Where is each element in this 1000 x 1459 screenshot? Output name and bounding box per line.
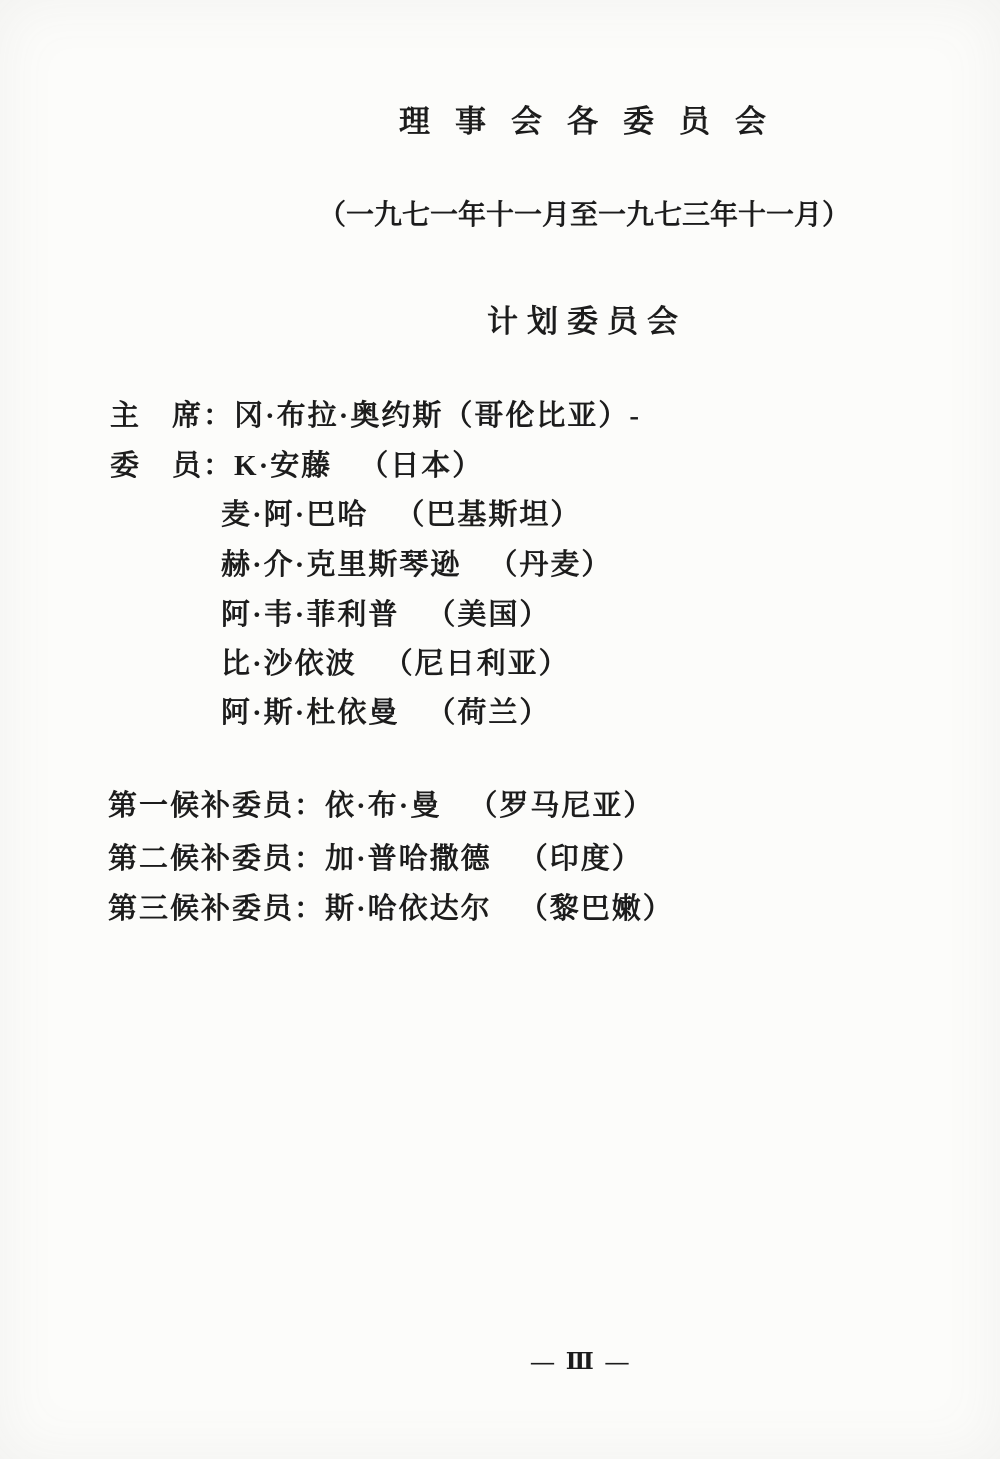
member-line: 委 员：K·安藤（日本） [110,443,483,484]
alternate-country: （罗马尼亚） [468,790,654,822]
member-country: （巴基斯坦） [395,499,581,531]
alternate-name: 依·布·曼 [325,790,441,822]
alternate-label: 第二候补委员： [108,843,325,875]
date-range-subtitle: （一九七一年十一月至一九七三年十一月） [318,193,850,233]
member-name: 比·沙依波 [221,648,357,680]
alternate-label: 第三候补委员： [108,893,325,925]
chairman-line: 主 席：冈·布拉·奥约斯（哥伦比亚）- [110,393,641,434]
member-line: 麦·阿·巴哈（巴基斯坦） [221,492,581,533]
alternate-country: （黎巴嫩） [519,893,674,925]
member-line: 比·沙依波（尼日利亚） [221,641,570,682]
alternate-label: 第一候补委员： [108,790,325,822]
alternate-country: （印度） [519,843,643,875]
member-line: 阿·斯·杜依曼（荷兰） [221,690,550,731]
member-country: （荷兰） [426,697,550,729]
chairman-country: （哥伦比亚） [443,400,629,432]
member-name: K·安藤 [234,450,332,482]
member-name: 赫·介·克里斯琴逊 [221,549,461,581]
member-name: 阿·韦·菲利普 [221,599,399,631]
member-name: 阿·斯·杜依曼 [221,697,399,729]
member-name: 麦·阿·巴哈 [221,499,368,531]
member-country: （尼日利亚） [384,648,570,680]
alternate-member-line: 第二候补委员：加·普哈撒德（印度） [108,836,643,877]
member-country: （丹麦） [488,549,612,581]
member-line: 赫·介·克里斯琴逊（丹麦） [221,542,612,583]
chairman-trailing-mark: - [629,400,641,432]
alternate-member-line: 第一候补委员：依·布·曼（罗马尼亚） [108,783,654,824]
member-country: （美国） [426,599,550,631]
chairman-label: 主 席： [110,400,234,432]
page-number: — Ⅲ — [531,1348,632,1375]
members-label: 委 员： [110,450,234,482]
alternate-member-line: 第三候补委员：斯·哈依达尔（黎巴嫩） [108,886,674,927]
page-title: 理事会各委员会 [399,96,791,141]
section-heading-planning-committee: 计划委员会 [487,296,687,341]
member-line: 阿·韦·菲利普（美国） [221,592,550,633]
document-page: 理事会各委员会 （一九七一年十一月至一九七三年十一月） 计划委员会 主 席：冈·… [0,0,1000,1459]
member-country: （日本） [359,450,483,482]
chairman-name: 冈·布拉·奥约斯 [234,400,443,432]
alternate-name: 加·普哈撒德 [325,843,492,875]
alternate-name: 斯·哈依达尔 [325,893,492,925]
